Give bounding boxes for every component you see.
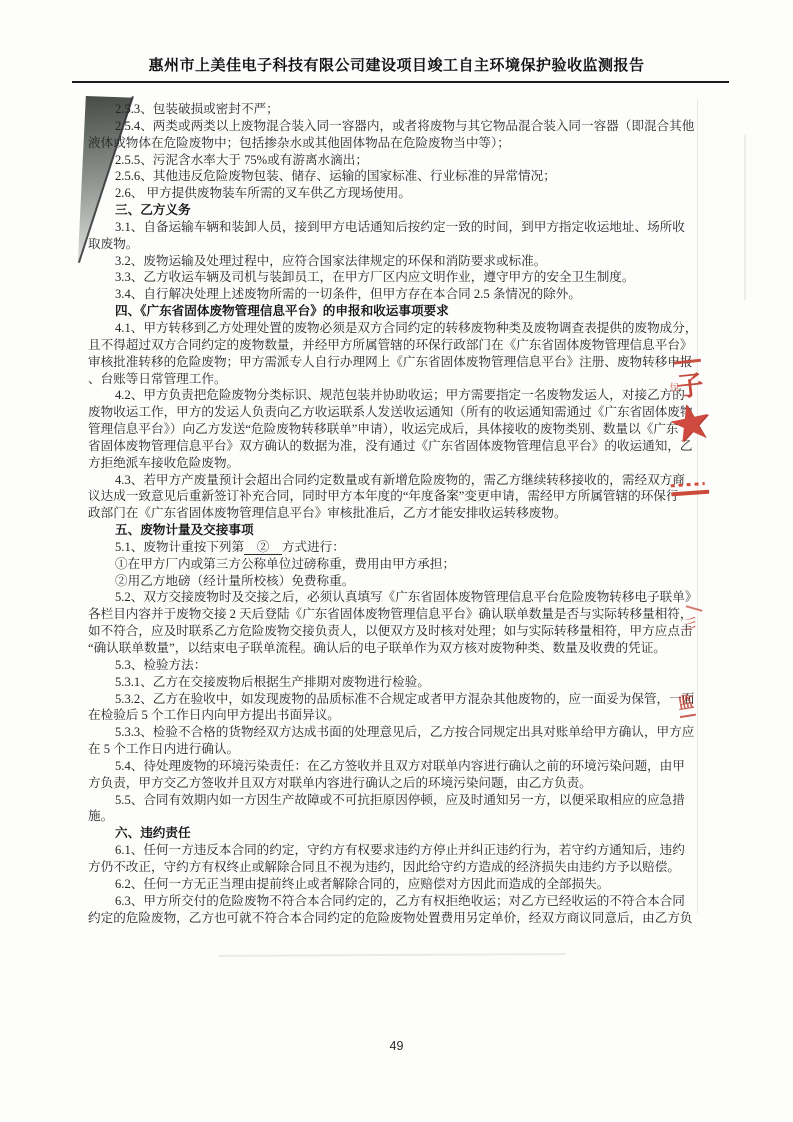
text-line: 六、违约责任 (88, 825, 702, 842)
scan-smudge (218, 953, 566, 957)
text-line: 、台账等日常管理工作。 (88, 371, 702, 388)
text-line: 5.5、合同有效期内如一方因生产故障或不可抗拒原因停顿，应及时通知另一方，以便采… (88, 792, 702, 809)
page-title: 惠州市上美佳电子科技有限公司建设项目竣工自主环境保护验收监测报告 (0, 54, 793, 75)
text-line: 4.1、甲方转移到乙方处理处置的废物必须是双方合同约定的转移废物种类及废物调查表… (88, 320, 702, 337)
text-line: 3.4、自行解决处理上述废物所需的一切条件，但甲方存在本合同 2.5 条情况的除… (88, 286, 702, 303)
text-line: 且不得超过双方合同约定的废物数量，并经甲方所属管辖的环保行政部门在《广东省固体废… (88, 337, 702, 354)
text-line: 方负责，甲方交乙方签收并且双方对联单内容进行确认之后的环境污染问题，由乙方负责。 (88, 775, 702, 792)
text-line: 三、乙方义务 (88, 202, 702, 219)
text-line: 液体或物体在危险废物中；包括掺杂水或其他固体物品在危险废物当中等）； (88, 135, 702, 152)
text-line: 4.3、若甲方产废量预计会超出合同约定数量或有新增危险废物的，需乙方继续转移接收… (88, 472, 702, 489)
text-line: 省固体废物管理信息平台》双方确认的数据为准，没有通过《广东省固体废物管理信息平台… (88, 438, 702, 455)
text-line: 3.2、废物运输及处理过程中，应符合国家法律规定的环保和消防要求或标准。 (88, 253, 702, 270)
text-line: 五、废物计量及交接事项 (88, 522, 702, 539)
text-line: 6.2、任何一方无正当理由提前终止或者解除合同的，应赔偿对方因此而造成的全部损失… (88, 876, 702, 893)
text-line: 6.1、任何一方违反本合同的约定，守约方有权要求违约方停止并纠正违约行为，若守约… (88, 842, 702, 859)
text-line: 2.6、 甲方提供废物装车所需的叉车供乙方现场使用。 (88, 185, 702, 202)
text-line: 废物收运工作，甲方的发运人负责向乙方收运联系人发送收运通知（所有的收运通知需通过… (88, 404, 702, 421)
text-line: 5.3.3、检验不合格的货物经双方达成书面的处理意见后，乙方按合同规定出具对账单… (88, 724, 702, 741)
text-line: 2.5.4、两类或两类以上废物混合装入同一容器内，或者将废物与其它物品混合装入同… (88, 118, 702, 135)
text-line: 方仍不改正，守约方有权终止或解除合同且不视为违约，因此给守约方造成的经济损失由违… (88, 859, 702, 876)
text-line: 各栏目内容并于废物交接 2 天后登陆《广东省固体废物管理信息平台》确认联单数量是… (88, 606, 702, 623)
text-line: 3.3、乙方收运车辆及司机与装卸员工，在甲方厂区内应文明作业，遵守甲方的安全卫生… (88, 269, 702, 286)
text-line: 约定的危险废物，乙方也可就不符合本合同约定的危险废物处置费用另定单价，经双方商议… (88, 910, 702, 927)
text-line: 取废物。 (88, 236, 702, 253)
text-line: 议达成一致意见后重新签订补充合同，同时甲方本年度的“年度备案”变更申请，需经甲方… (88, 488, 702, 505)
text-line: 2.5.5、污泥含水率大于 75%或有游离水滴出； (88, 152, 702, 169)
text-line: 四、《广东省固体废物管理信息平台》的申报和收运事项要求 (88, 303, 702, 320)
text-line: 审核批准转移的危险废物；甲方需派专人自行办理网上《广东省固体废物管理信息平台》注… (88, 354, 702, 371)
text-line: 5.2、双方交接废物时及交接之后，必须认真填写《广东省固体废物管理信息平台危险废… (88, 589, 702, 606)
text-line: 施。 (88, 808, 702, 825)
underlined-choice: ② (244, 540, 282, 555)
text-line: ①在甲方厂内或第三方公称单位过磅称重，费用由甲方承担； (88, 556, 702, 573)
text-line: 5.3、检验方法： (88, 657, 702, 674)
text-line: ②用乙方地磅（经计量所校核）免费称重。 (88, 573, 702, 590)
text-line: 政部门在《广东省固体废物管理信息平台》审核批准后，乙方才能安排收运转移废物。 (88, 505, 702, 522)
text-line: 6.3、甲方所交付的危险废物不符合本合同约定的，乙方有权拒绝收运；对乙方已经收运… (88, 893, 702, 910)
text-line: 3.1、自备运输车辆和装卸人员，接到甲方电话通知后按约定一致的时间，到甲方指定收… (88, 219, 702, 236)
page-number: 49 (0, 1039, 793, 1053)
text-line: 管理信息平台》）向乙方发送“危险废物转移联单”申请），收运完成后，具体接收的废物… (88, 421, 702, 438)
scan-page-edge-line (697, 100, 698, 914)
text-line: “确认联单数量”，以结束电子联单流程。确认后的电子联单作为双方核对废物种类、数量… (88, 640, 702, 657)
text-line: 5.3.1、乙方在交接废物后根据生产排期对废物进行检验。 (88, 674, 702, 691)
text-line: 4.2、甲方负责把危险废物分类标识、规范包装并协助收运；甲方需要指定一名废物发运… (88, 387, 702, 404)
text-line: 5.4、待处理废物的环境污染责任：在乙方签收并且双方对联单内容进行确认之前的环境… (88, 758, 702, 775)
text-line: 在 5 个工作日内进行确认。 (88, 741, 702, 758)
text-line: 方拒绝派车接收危险废物。 (88, 455, 702, 472)
text-line: 2.5.3、包装破损或密封不严； (88, 101, 702, 118)
text-line: 如不符合，应及时联系乙方危险废物交接负责人，以便双方及时核对处理；如与实际转移量… (88, 623, 702, 640)
text-line: 5.1、废物计重按下列第 ② 方式进行： (88, 539, 702, 556)
text-line: 在检验后 5 个工作日内向甲方提出书面异议。 (88, 707, 702, 724)
text-line: 5.3.2、乙方在验收中，如发现废物的品质标准不合规定或者甲方混杂其他废物的，应… (88, 691, 702, 708)
header-divider (72, 81, 729, 83)
scan-edge-artifact (744, 135, 746, 300)
text-line: 2.5.6、其他违反危险废物包装、储存、运输的国家标准、行业标准的异常情况； (88, 168, 702, 185)
contract-text-body: 2.5.3、包装破损或密封不严；2.5.4、两类或两类以上废物混合装入同一容器内… (88, 101, 702, 926)
